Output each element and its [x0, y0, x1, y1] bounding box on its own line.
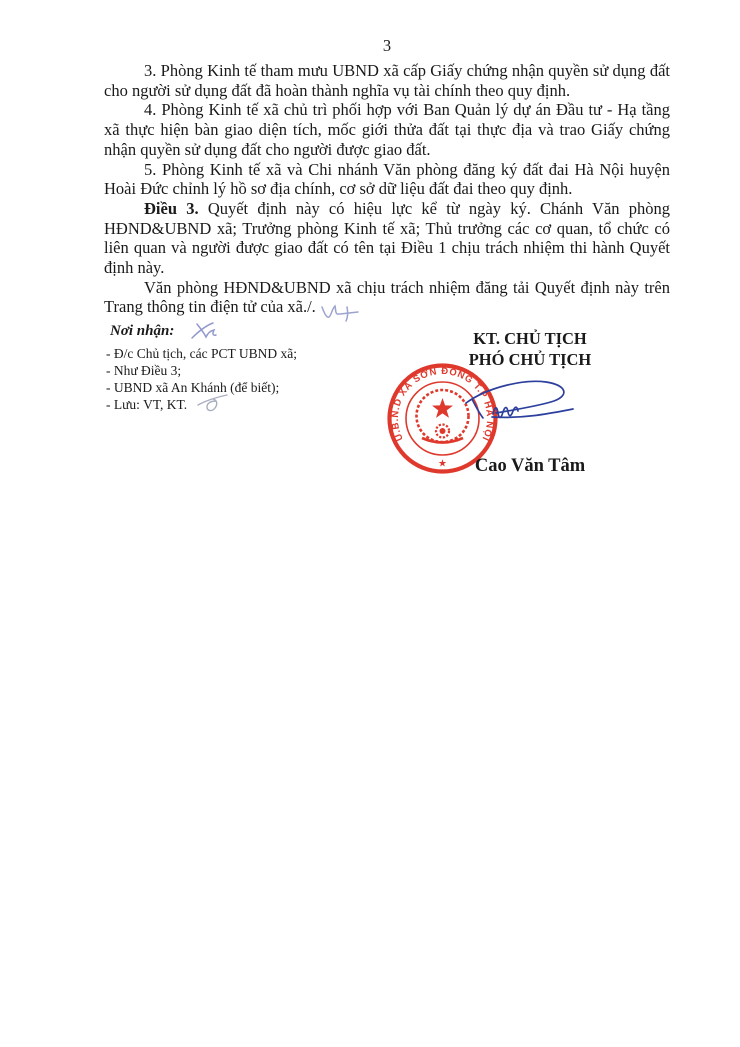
recipient-item: - Đ/c Chủ tịch, các PCT UBND xã; [106, 345, 406, 362]
dieu-3-label: Điều 3. [144, 199, 199, 218]
handwritten-initials-luu [195, 391, 233, 416]
signer-name: Cao Văn Tâm [420, 456, 640, 477]
paragraph-item-3: 3. Phòng Kinh tế tham mưu UBND xã cấp Gi… [104, 61, 670, 100]
recipients-list: - Đ/c Chủ tịch, các PCT UBND xã; - Như Đ… [106, 345, 406, 413]
paragraph-item-5: 5. Phòng Kinh tế xã và Chi nhánh Văn phò… [104, 160, 670, 199]
recipients-block: Nơi nhận: - Đ/c Chủ tịch, các PCT UBND x… [106, 323, 406, 413]
paragraph-dieu-3: Điều 3. Quyết định này có hiệu lực kể từ… [104, 199, 670, 278]
handwritten-initials-recipients [189, 320, 219, 343]
acting-chairman-line: KT. CHỦ TỊCH [420, 329, 640, 350]
recipient-item: - Lưu: VT, KT. [106, 396, 406, 413]
signature-scribble [452, 377, 580, 429]
recipients-label: Nơi nhận: [106, 323, 406, 340]
paragraph-item-4: 4. Phòng Kinh tế xã chủ trì phối hợp với… [104, 100, 670, 159]
recipient-item: - UBND xã An Khánh (để biết); [106, 379, 406, 396]
document-page: 3 3. Phòng Kinh tế tham mưu UBND xã cấp … [0, 0, 740, 1047]
document-body: 3. Phòng Kinh tế tham mưu UBND xã cấp Gi… [104, 61, 670, 317]
paragraph-closing: Văn phòng HĐND&UBND xã chịu trách nhiệm … [104, 278, 670, 317]
page-number: 3 [104, 36, 670, 56]
recipient-item: - Như Điều 3; [106, 362, 406, 379]
